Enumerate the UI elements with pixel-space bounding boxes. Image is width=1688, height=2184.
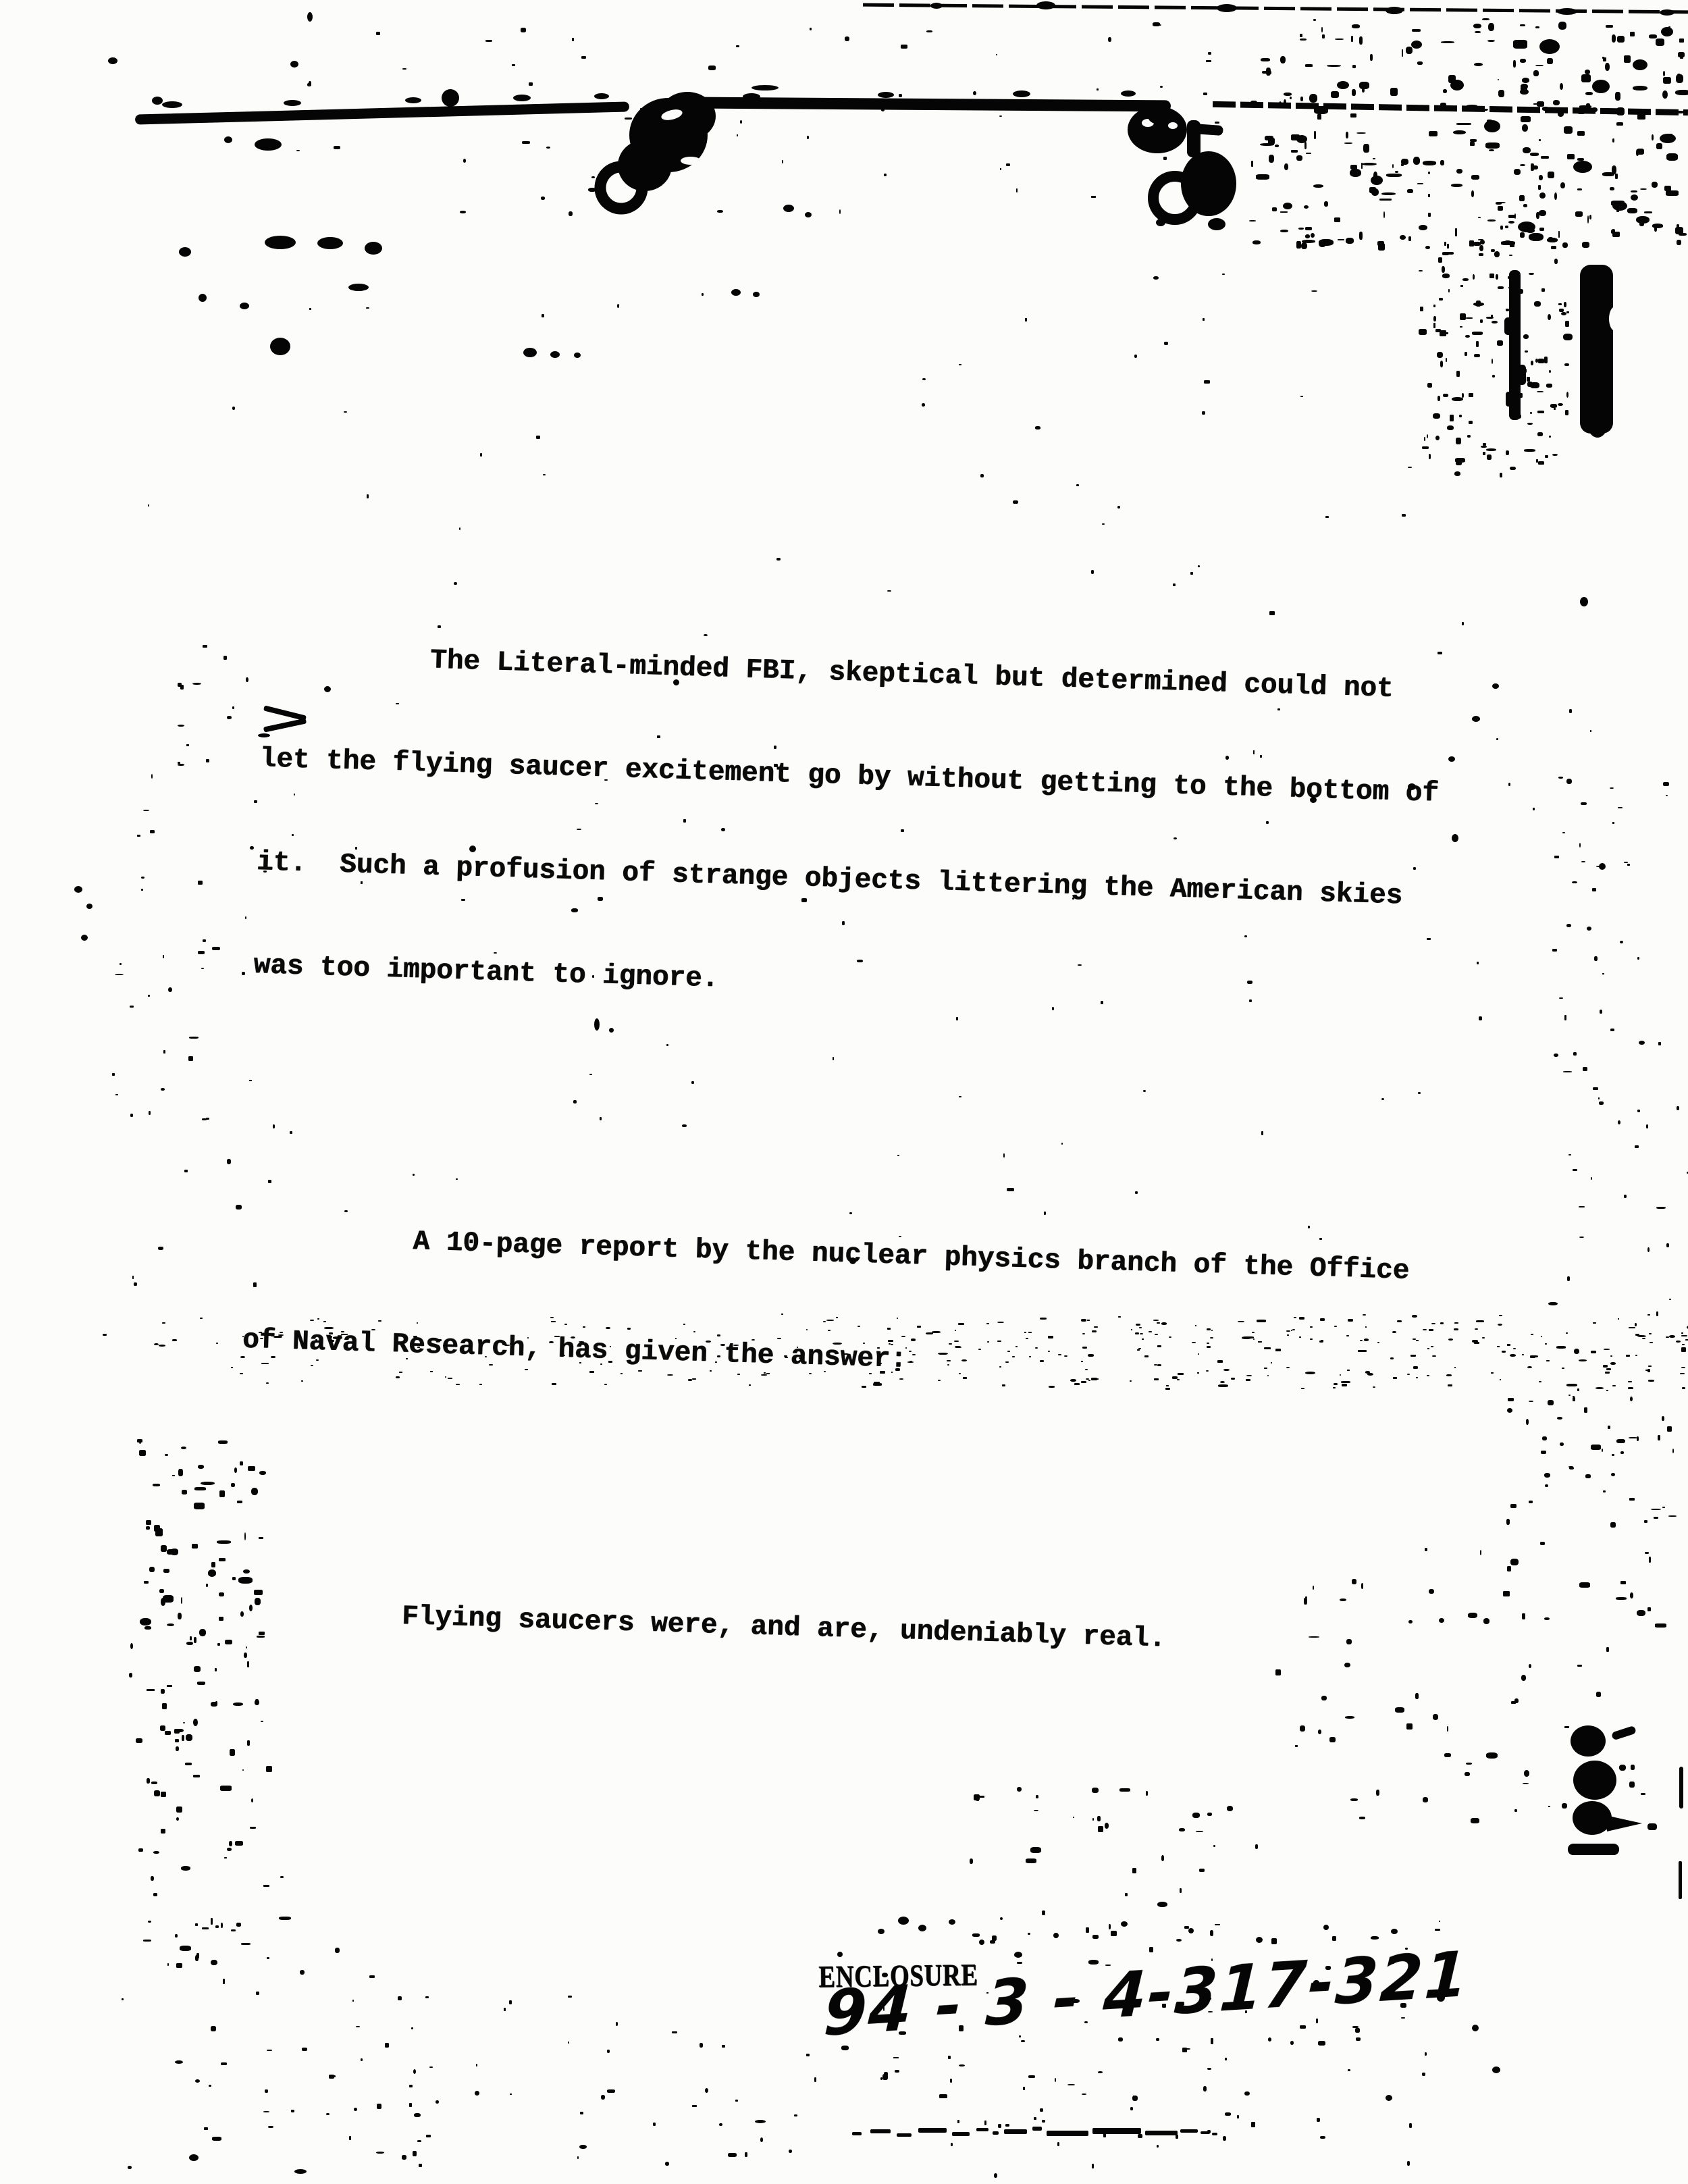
scan-speckle bbox=[1573, 1397, 1576, 1401]
scan-speckle bbox=[247, 1661, 249, 1667]
scan-speckle bbox=[1029, 1356, 1031, 1357]
scan-speckle bbox=[445, 1376, 446, 1378]
scan-speckle bbox=[774, 764, 778, 768]
scan-speckle bbox=[309, 81, 311, 85]
scan-speckle bbox=[249, 1605, 253, 1611]
scan-speckle bbox=[1094, 1326, 1098, 1328]
scan-speckle bbox=[1450, 415, 1454, 421]
scan-speckle bbox=[1196, 1831, 1203, 1833]
scan-speckle bbox=[708, 66, 716, 70]
scan-speckle bbox=[184, 1170, 188, 1172]
bottom-broken-line-dash bbox=[1004, 2129, 1027, 2134]
ink-blob bbox=[753, 292, 760, 297]
ink-blob bbox=[1217, 4, 1237, 12]
scan-speckle bbox=[349, 2136, 350, 2140]
scan-speckle bbox=[1616, 1439, 1625, 1443]
scan-speckle bbox=[1537, 101, 1544, 106]
scan-speckle bbox=[1378, 243, 1385, 250]
scan-speckle bbox=[1244, 2091, 1249, 2096]
scan-speckle bbox=[789, 2150, 792, 2153]
scan-speckle bbox=[1510, 467, 1515, 471]
scan-speckle bbox=[1510, 1354, 1516, 1357]
scan-speckle bbox=[1352, 65, 1356, 68]
scan-speckle bbox=[1472, 332, 1483, 336]
scan-speckle bbox=[1427, 1375, 1429, 1376]
scan-speckle bbox=[1635, 1323, 1637, 1326]
scan-speckle bbox=[1211, 2038, 1213, 2044]
scan-speckle bbox=[1072, 1999, 1080, 2003]
scan-speckle bbox=[1539, 1381, 1541, 1382]
scan-speckle bbox=[1165, 1388, 1170, 1390]
scan-speckle bbox=[1591, 1740, 1597, 1743]
scan-speckle bbox=[1637, 1436, 1639, 1441]
ink-blob bbox=[199, 294, 207, 302]
scan-speckle bbox=[1413, 1366, 1419, 1368]
scan-speckle bbox=[992, 1935, 997, 1940]
scan-speckle bbox=[1130, 2107, 1133, 2110]
scan-speckle bbox=[165, 1731, 170, 1735]
scan-speckle bbox=[1319, 1238, 1321, 1240]
scan-speckle bbox=[1413, 867, 1416, 869]
scan-speckle bbox=[237, 1501, 242, 1503]
scan-speckle bbox=[1606, 1647, 1609, 1652]
scan-speckle bbox=[475, 2091, 479, 2096]
ink-blob bbox=[1053, 1933, 1059, 1938]
scan-speckle bbox=[1610, 1522, 1615, 1528]
scan-speckle bbox=[1479, 1016, 1482, 1020]
scan-speckle bbox=[1360, 1340, 1363, 1341]
scan-speckle bbox=[700, 2043, 703, 2048]
scan-speckle bbox=[138, 1848, 143, 1852]
scan-speckle bbox=[1422, 446, 1428, 449]
scan-speckle bbox=[263, 870, 267, 872]
scan-speckle bbox=[1437, 352, 1443, 359]
scan-speckle bbox=[956, 1017, 958, 1020]
scan-speckle bbox=[588, 188, 596, 192]
scan-speckle bbox=[1654, 1517, 1658, 1518]
scan-speckle bbox=[1419, 225, 1427, 230]
scan-speckle bbox=[541, 197, 545, 200]
scan-speckle bbox=[1619, 1765, 1625, 1771]
scan-speckle bbox=[1225, 756, 1229, 760]
scan-speckle bbox=[1550, 404, 1557, 408]
scan-speckle bbox=[1620, 1451, 1624, 1454]
scan-speckle bbox=[1548, 1806, 1550, 1807]
scan-speckle bbox=[199, 1629, 207, 1636]
scan-speckle bbox=[153, 1893, 157, 1896]
scan-speckle bbox=[1595, 1387, 1604, 1389]
scan-speckle bbox=[1544, 357, 1548, 363]
scan-speckle bbox=[1162, 2004, 1166, 2008]
scan-speckle bbox=[369, 1975, 375, 1978]
scan-speckle bbox=[1558, 111, 1564, 117]
scan-speckle bbox=[1417, 183, 1424, 184]
scan-speckle bbox=[1679, 38, 1684, 43]
ink-blob bbox=[442, 89, 459, 107]
scan-speckle bbox=[355, 847, 358, 850]
scan-speckle bbox=[1454, 471, 1460, 475]
scan-speckle bbox=[1650, 1342, 1653, 1343]
scan-speckle bbox=[1359, 232, 1363, 240]
scan-speckle bbox=[1524, 449, 1535, 451]
scan-speckle bbox=[1088, 1354, 1094, 1357]
scan-speckle bbox=[182, 1490, 188, 1494]
scan-speckle bbox=[901, 45, 908, 49]
scan-speckle bbox=[1520, 164, 1525, 166]
scan-speckle bbox=[367, 494, 369, 498]
scan-speckle bbox=[719, 2123, 722, 2127]
scan-speckle bbox=[1333, 1387, 1336, 1388]
ink-blob bbox=[240, 303, 249, 309]
scan-speckle bbox=[1474, 63, 1483, 66]
scan-speckle bbox=[221, 2062, 227, 2065]
scan-speckle bbox=[1440, 160, 1444, 165]
scan-speckle bbox=[1028, 1933, 1030, 1935]
scan-speckle bbox=[1395, 1707, 1404, 1713]
scan-speckle bbox=[841, 2046, 849, 2050]
scan-speckle bbox=[1433, 413, 1440, 419]
scan-speckle bbox=[1429, 454, 1431, 459]
scan-speckle bbox=[377, 2104, 381, 2108]
scan-speckle bbox=[1146, 1791, 1148, 1796]
scan-speckle bbox=[1344, 142, 1352, 144]
text-line: was too important to ignore. bbox=[253, 949, 1433, 1018]
scan-speckle bbox=[1513, 40, 1528, 49]
scan-speckle bbox=[1417, 61, 1423, 65]
scan-speckle bbox=[1290, 2041, 1294, 2045]
scan-speckle bbox=[204, 2127, 208, 2130]
ink-blob bbox=[469, 846, 476, 852]
scan-speckle bbox=[220, 1786, 232, 1791]
scan-speckle bbox=[1024, 1332, 1026, 1333]
bottom-broken-line-dash bbox=[976, 2128, 988, 2131]
scan-speckle bbox=[577, 829, 581, 830]
scan-speckle bbox=[1176, 2002, 1184, 2006]
scan-speckle bbox=[232, 1577, 236, 1580]
scan-speckle bbox=[1269, 611, 1275, 615]
scan-speckle bbox=[263, 1885, 269, 1887]
scan-speckle bbox=[366, 307, 369, 309]
scan-speckle bbox=[1519, 289, 1523, 294]
scan-speckle bbox=[1092, 2164, 1094, 2168]
scan-speckle bbox=[909, 1351, 911, 1352]
scan-speckle bbox=[273, 1336, 282, 1338]
scan-speckle bbox=[1626, 1355, 1630, 1357]
scan-speckle bbox=[1649, 1333, 1652, 1334]
scan-speckle bbox=[227, 1848, 232, 1851]
scan-speckle bbox=[1036, 1795, 1038, 1798]
scan-speckle bbox=[1485, 142, 1500, 149]
scan-speckle bbox=[1480, 240, 1485, 244]
scan-speckle bbox=[1551, 246, 1556, 249]
scan-speckle bbox=[1487, 454, 1492, 460]
scan-speckle bbox=[402, 2155, 406, 2160]
scan-speckle bbox=[917, 1326, 921, 1328]
scan-speckle bbox=[1092, 1935, 1099, 1939]
scan-speckle bbox=[893, 2057, 899, 2058]
scan-speckle bbox=[667, 1374, 673, 1376]
scan-speckle bbox=[897, 1155, 900, 1156]
scan-speckle bbox=[1637, 149, 1644, 155]
ink-blob bbox=[1014, 1952, 1022, 1958]
scan-speckle bbox=[598, 897, 604, 901]
scan-speckle bbox=[728, 2153, 736, 2156]
scan-speckle bbox=[810, 28, 812, 30]
scan-speckle bbox=[749, 1384, 751, 1386]
scan-speckle bbox=[139, 1450, 146, 1457]
scan-speckle bbox=[1352, 89, 1356, 96]
ink-blob bbox=[930, 3, 943, 9]
scan-speckle bbox=[1541, 288, 1544, 292]
scan-speckle bbox=[255, 1598, 261, 1605]
ink-blob bbox=[365, 242, 382, 255]
ink-blob bbox=[523, 348, 537, 357]
scan-speckle bbox=[806, 1329, 808, 1330]
scan-speckle bbox=[480, 453, 481, 457]
scan-speckle bbox=[201, 968, 205, 969]
scan-speckle bbox=[579, 1341, 584, 1343]
scan-speckle bbox=[378, 1320, 381, 1322]
scan-speckle bbox=[999, 1366, 1001, 1368]
scan-speckle bbox=[1257, 1320, 1266, 1322]
scan-speckle bbox=[1567, 154, 1575, 159]
scan-speckle bbox=[1300, 97, 1303, 101]
scan-speckle bbox=[1314, 131, 1316, 139]
scan-speckle bbox=[1565, 410, 1568, 416]
scan-speckle bbox=[316, 1359, 319, 1361]
scan-speckle bbox=[136, 1738, 143, 1744]
scan-speckle bbox=[1581, 861, 1585, 862]
scan-speckle bbox=[1637, 957, 1639, 960]
scan-speckle bbox=[1459, 415, 1461, 417]
scan-speckle bbox=[1350, 113, 1356, 117]
scan-speckle bbox=[1677, 240, 1681, 246]
scan-speckle bbox=[1541, 156, 1549, 159]
scan-speckle bbox=[254, 800, 257, 803]
scan-speckle bbox=[1321, 1696, 1327, 1701]
scan-speckle bbox=[1016, 1346, 1017, 1347]
scan-speckle bbox=[764, 1372, 766, 1374]
scan-speckle bbox=[807, 136, 809, 138]
scan-speckle bbox=[1296, 241, 1301, 249]
scan-speckle bbox=[151, 1782, 157, 1784]
scan-speckle bbox=[1498, 286, 1504, 289]
scan-speckle bbox=[1488, 23, 1494, 32]
scan-speckle bbox=[1666, 1336, 1668, 1338]
scan-speckle bbox=[1347, 1370, 1350, 1371]
ink-blob bbox=[743, 93, 760, 100]
scan-speckle bbox=[980, 474, 984, 477]
scan-speckle bbox=[234, 1467, 237, 1473]
ink-blob bbox=[1386, 7, 1403, 14]
scan-speckle bbox=[1548, 314, 1551, 320]
scan-speckle bbox=[194, 1487, 207, 1490]
scan-speckle bbox=[1456, 123, 1471, 125]
scan-speckle bbox=[994, 2173, 997, 2178]
scan-speckle bbox=[607, 2050, 610, 2053]
scan-speckle bbox=[546, 147, 550, 149]
scan-speckle bbox=[426, 2135, 431, 2137]
scan-speckle bbox=[1006, 163, 1010, 166]
scan-speckle bbox=[905, 1347, 907, 1349]
scan-speckle bbox=[1118, 1316, 1121, 1318]
scan-speckle bbox=[236, 1205, 242, 1210]
handwritten-margin-mark bbox=[1568, 1725, 1683, 1899]
scan-speckle bbox=[1207, 1346, 1211, 1348]
scan-speckle bbox=[1682, 1387, 1686, 1389]
scan-speckle bbox=[413, 1336, 417, 1338]
scan-speckle bbox=[845, 36, 849, 41]
scan-speckle bbox=[1318, 2041, 1325, 2046]
scan-speckle bbox=[1105, 1823, 1109, 1828]
scan-speckle bbox=[1250, 101, 1257, 107]
scan-speckle bbox=[1631, 190, 1637, 192]
scan-speckle bbox=[225, 1640, 232, 1644]
scan-speckle bbox=[193, 1719, 197, 1726]
scan-speckle bbox=[1480, 319, 1482, 323]
scan-speckle bbox=[291, 2110, 294, 2112]
scan-speckle bbox=[1628, 1387, 1633, 1390]
scan-speckle bbox=[1462, 622, 1464, 625]
ink-blob bbox=[1612, 201, 1627, 211]
scan-speckle bbox=[1092, 1330, 1097, 1332]
scan-speckle bbox=[1317, 2118, 1321, 2122]
scan-speckle bbox=[181, 1866, 190, 1870]
scan-speckle bbox=[160, 1725, 165, 1730]
scan-speckle bbox=[1628, 1381, 1632, 1383]
scan-speckle bbox=[1408, 236, 1411, 241]
scan-speckle bbox=[1135, 1191, 1138, 1194]
scan-speckle bbox=[1562, 832, 1565, 833]
scan-speckle bbox=[922, 378, 926, 380]
scan-speckle bbox=[1639, 1335, 1642, 1336]
scan-speckle bbox=[1462, 393, 1464, 398]
scan-speckle bbox=[161, 1792, 166, 1798]
scan-speckle bbox=[970, 1858, 973, 1864]
scan-speckle bbox=[219, 1558, 226, 1561]
scan-speckle bbox=[1352, 2026, 1359, 2028]
scan-speckle bbox=[1500, 473, 1502, 477]
scan-speckle bbox=[193, 1775, 200, 1778]
scan-speckle bbox=[352, 2000, 354, 2002]
scan-speckle bbox=[666, 141, 669, 145]
scan-speckle bbox=[1311, 233, 1315, 238]
scan-speckle bbox=[681, 122, 684, 125]
scan-speckle bbox=[1386, 174, 1402, 177]
ink-blob bbox=[74, 886, 82, 893]
scan-speckle bbox=[1334, 1383, 1338, 1385]
scan-speckle bbox=[456, 1384, 460, 1386]
scan-speckle bbox=[1256, 174, 1270, 180]
scan-speckle bbox=[1585, 70, 1590, 74]
ink-blob bbox=[783, 205, 794, 212]
ink-blob bbox=[324, 686, 331, 692]
scan-speckle bbox=[1566, 1332, 1568, 1334]
scan-speckle bbox=[1663, 782, 1668, 786]
scan-speckle bbox=[1207, 1328, 1211, 1330]
scan-speckle bbox=[1104, 102, 1106, 106]
scan-speckle bbox=[1361, 163, 1363, 169]
scan-speckle bbox=[1542, 107, 1549, 110]
scan-speckle bbox=[1565, 321, 1569, 327]
scan-speckle bbox=[1409, 2123, 1412, 2128]
scan-speckle bbox=[1435, 329, 1441, 332]
ink-blob bbox=[550, 351, 560, 358]
scan-speckle bbox=[217, 1540, 231, 1544]
scan-speckle bbox=[163, 1050, 166, 1054]
scan-speckle bbox=[1593, 1322, 1596, 1324]
scan-speckle bbox=[1379, 199, 1392, 201]
scan-speckle bbox=[194, 1666, 201, 1672]
scan-speckle bbox=[691, 1081, 694, 1084]
scan-speckle bbox=[159, 1589, 164, 1593]
scan-speckle bbox=[1575, 211, 1583, 217]
scan-speckle bbox=[722, 2045, 725, 2048]
scan-speckle bbox=[568, 1996, 571, 1998]
scan-speckle bbox=[986, 1323, 989, 1324]
scan-speckle bbox=[1564, 1015, 1566, 1020]
scan-speckle bbox=[843, 1353, 849, 1355]
scan-speckle bbox=[330, 1340, 334, 1342]
scan-speckle bbox=[1153, 276, 1159, 280]
scan-speckle bbox=[476, 2064, 477, 2066]
scan-speckle bbox=[959, 1373, 961, 1374]
scan-speckle bbox=[1548, 1400, 1554, 1405]
scan-speckle bbox=[1539, 228, 1544, 230]
scan-speckle bbox=[1491, 249, 1495, 252]
scan-speckle bbox=[1413, 157, 1421, 165]
scan-speckle bbox=[1682, 1344, 1684, 1345]
scan-speckle bbox=[192, 683, 201, 685]
scan-speckle bbox=[232, 706, 234, 709]
scan-speckle bbox=[1446, 358, 1447, 362]
scan-speckle bbox=[1573, 1052, 1577, 1056]
scan-speckle bbox=[1355, 2028, 1360, 2033]
scan-speckle bbox=[1510, 1559, 1518, 1565]
ink-blob bbox=[1156, 219, 1165, 226]
scan-speckle bbox=[899, 2031, 906, 2035]
scan-speckle bbox=[198, 1465, 204, 1469]
ink-blob bbox=[673, 679, 679, 685]
ink-blob bbox=[1121, 1921, 1128, 1927]
ink-blob bbox=[805, 212, 812, 217]
scan-speckle bbox=[1298, 228, 1303, 230]
scan-speckle bbox=[1496, 274, 1498, 280]
scan-speckle bbox=[1377, 1342, 1379, 1343]
scan-speckle bbox=[1301, 1388, 1304, 1389]
scan-speckle bbox=[888, 1340, 893, 1343]
scan-speckle bbox=[1249, 999, 1252, 1002]
scan-speckle bbox=[1359, 1817, 1365, 1819]
scan-speckle bbox=[1604, 1349, 1610, 1350]
scan-speckle bbox=[1460, 285, 1464, 287]
scan-speckle bbox=[1213, 1845, 1215, 1847]
scan-speckle bbox=[1329, 1737, 1335, 1742]
scan-speckle bbox=[1154, 1378, 1159, 1380]
scan-speckle bbox=[1520, 232, 1525, 238]
scan-speckle bbox=[1362, 88, 1365, 93]
scan-speckle bbox=[1455, 458, 1465, 462]
scan-speckle bbox=[1633, 86, 1647, 90]
scan-speckle bbox=[1438, 257, 1442, 263]
scan-speckle bbox=[236, 1923, 241, 1927]
scan-speckle bbox=[1648, 1380, 1655, 1381]
scan-speckle bbox=[665, 2162, 668, 2165]
scan-speckle bbox=[1516, 414, 1521, 418]
scan-speckle bbox=[1529, 273, 1534, 275]
scan-speckle bbox=[1223, 1369, 1229, 1372]
scan-speckle bbox=[1000, 168, 1001, 170]
